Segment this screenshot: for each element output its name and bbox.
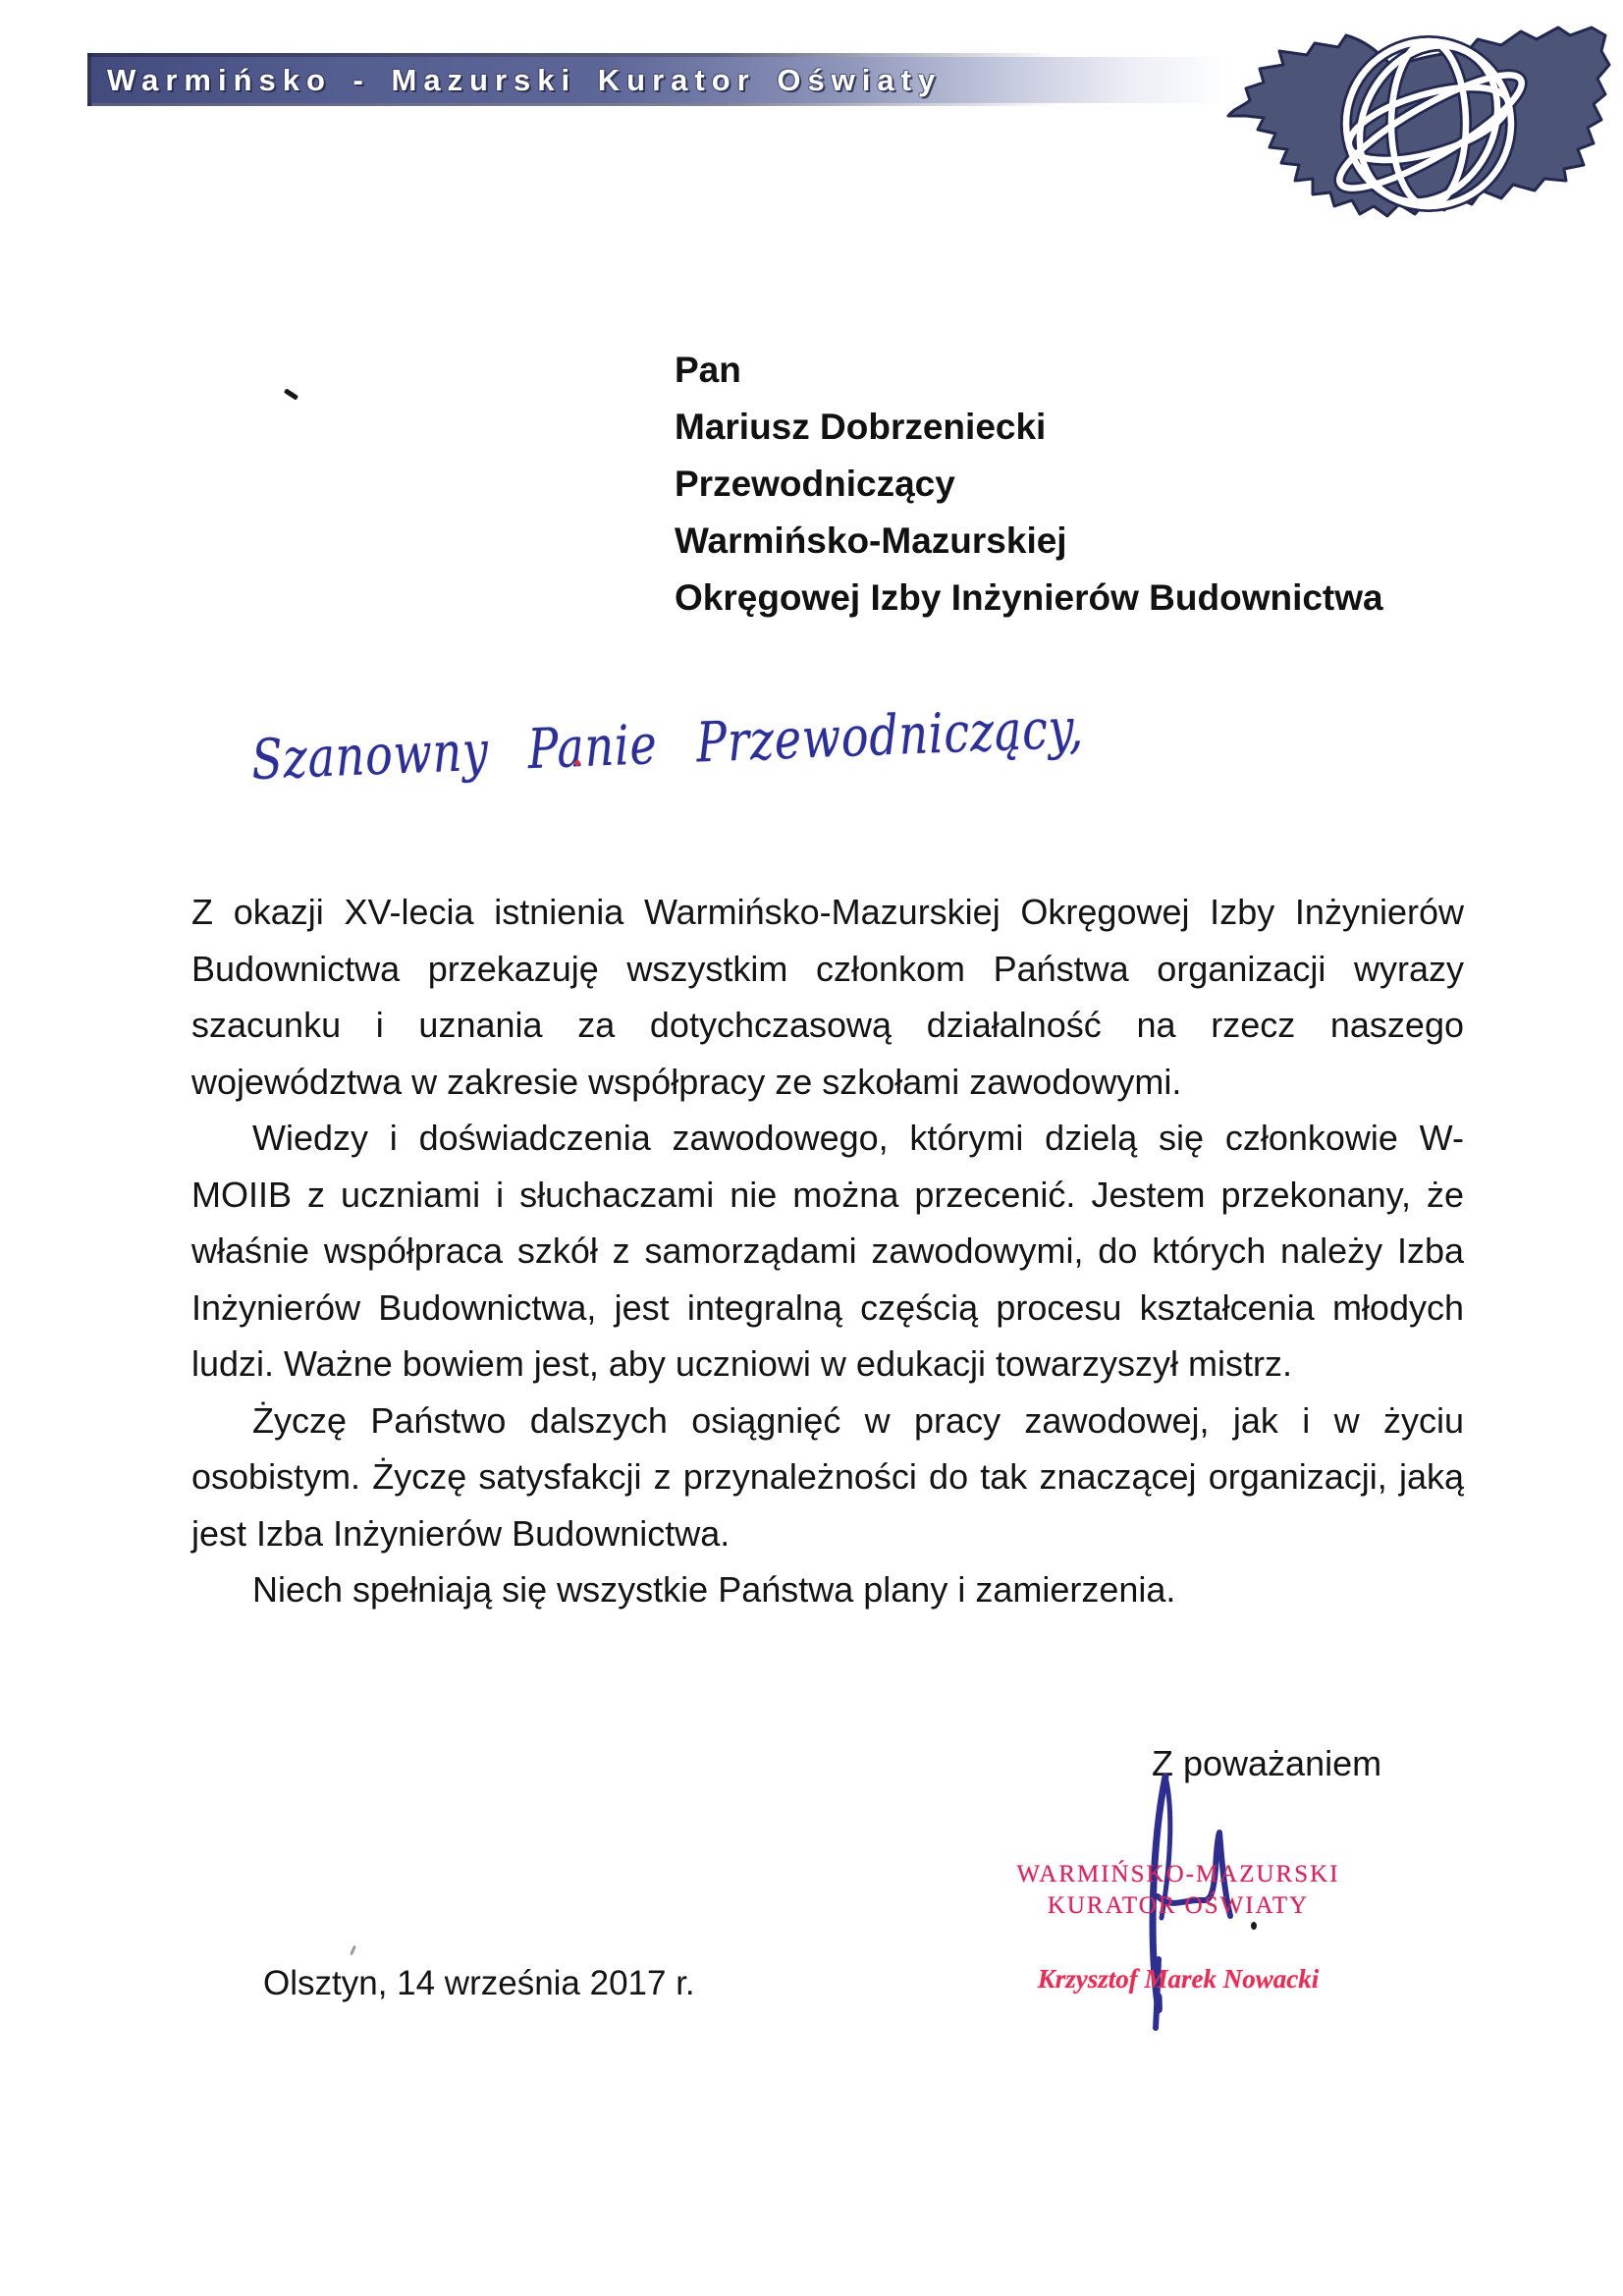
banner-top-edge: [87, 53, 1230, 57]
body-paragraph: Wiedzy i doświadczenia zawodowego, który…: [191, 1110, 1464, 1393]
stamp-line-1: WARMIŃSKO-MAZURSKI: [997, 1859, 1360, 1890]
recipient-line: Przewodniczący: [675, 456, 1383, 513]
body-paragraph: Życzę Państwo dalszych osiągnięć w pracy…: [191, 1393, 1464, 1562]
letterhead-title: Warmińsko - Mazurski Kurator Oświaty: [91, 63, 942, 98]
place-and-date: Olsztyn, 14 września 2017 r.: [263, 1964, 695, 2003]
handwritten-salutation: Szanowny Panie Przewodniczący,: [250, 696, 1085, 793]
scan-speck: [574, 760, 580, 766]
body-paragraph: Niech spełniają się wszystkie Państwa pl…: [191, 1561, 1464, 1618]
scan-speck: [1251, 1922, 1257, 1930]
letterhead-banner: Warmińsko - Mazurski Kurator Oświaty: [91, 57, 1230, 103]
banner-bottom-edge: [87, 103, 1230, 106]
scan-speck: [284, 388, 298, 400]
recipient-line: Mariusz Dobrzeniecki: [675, 399, 1383, 456]
letter-body: Z okazji XV-lecia istnienia Warmińsko-Ma…: [191, 884, 1464, 1618]
letter-page: Warmińsko - Mazurski Kurator Oświaty Pan…: [0, 0, 1623, 2296]
recipient-line: Warmińsko-Mazurskiej: [675, 513, 1383, 570]
region-map-globe-logo: [1220, 14, 1613, 225]
scan-speck: [350, 1945, 356, 1955]
banner-left-edge: [87, 53, 91, 106]
office-stamp: WARMIŃSKO-MAZURSKI KURATOR OŚWIATY: [997, 1859, 1360, 1922]
recipient-line: Pan: [675, 342, 1383, 399]
recipient-block: Pan Mariusz Dobrzeniecki Przewodniczący …: [675, 342, 1383, 627]
stamp-signer-name: Krzysztof Marek Nowacki: [997, 1964, 1360, 1995]
body-paragraph: Z okazji XV-lecia istnienia Warmińsko-Ma…: [191, 884, 1464, 1110]
recipient-line: Okręgowej Izby Inżynierów Budownictwa: [675, 570, 1383, 627]
stamp-line-2: KURATOR OŚWIATY: [997, 1890, 1360, 1922]
